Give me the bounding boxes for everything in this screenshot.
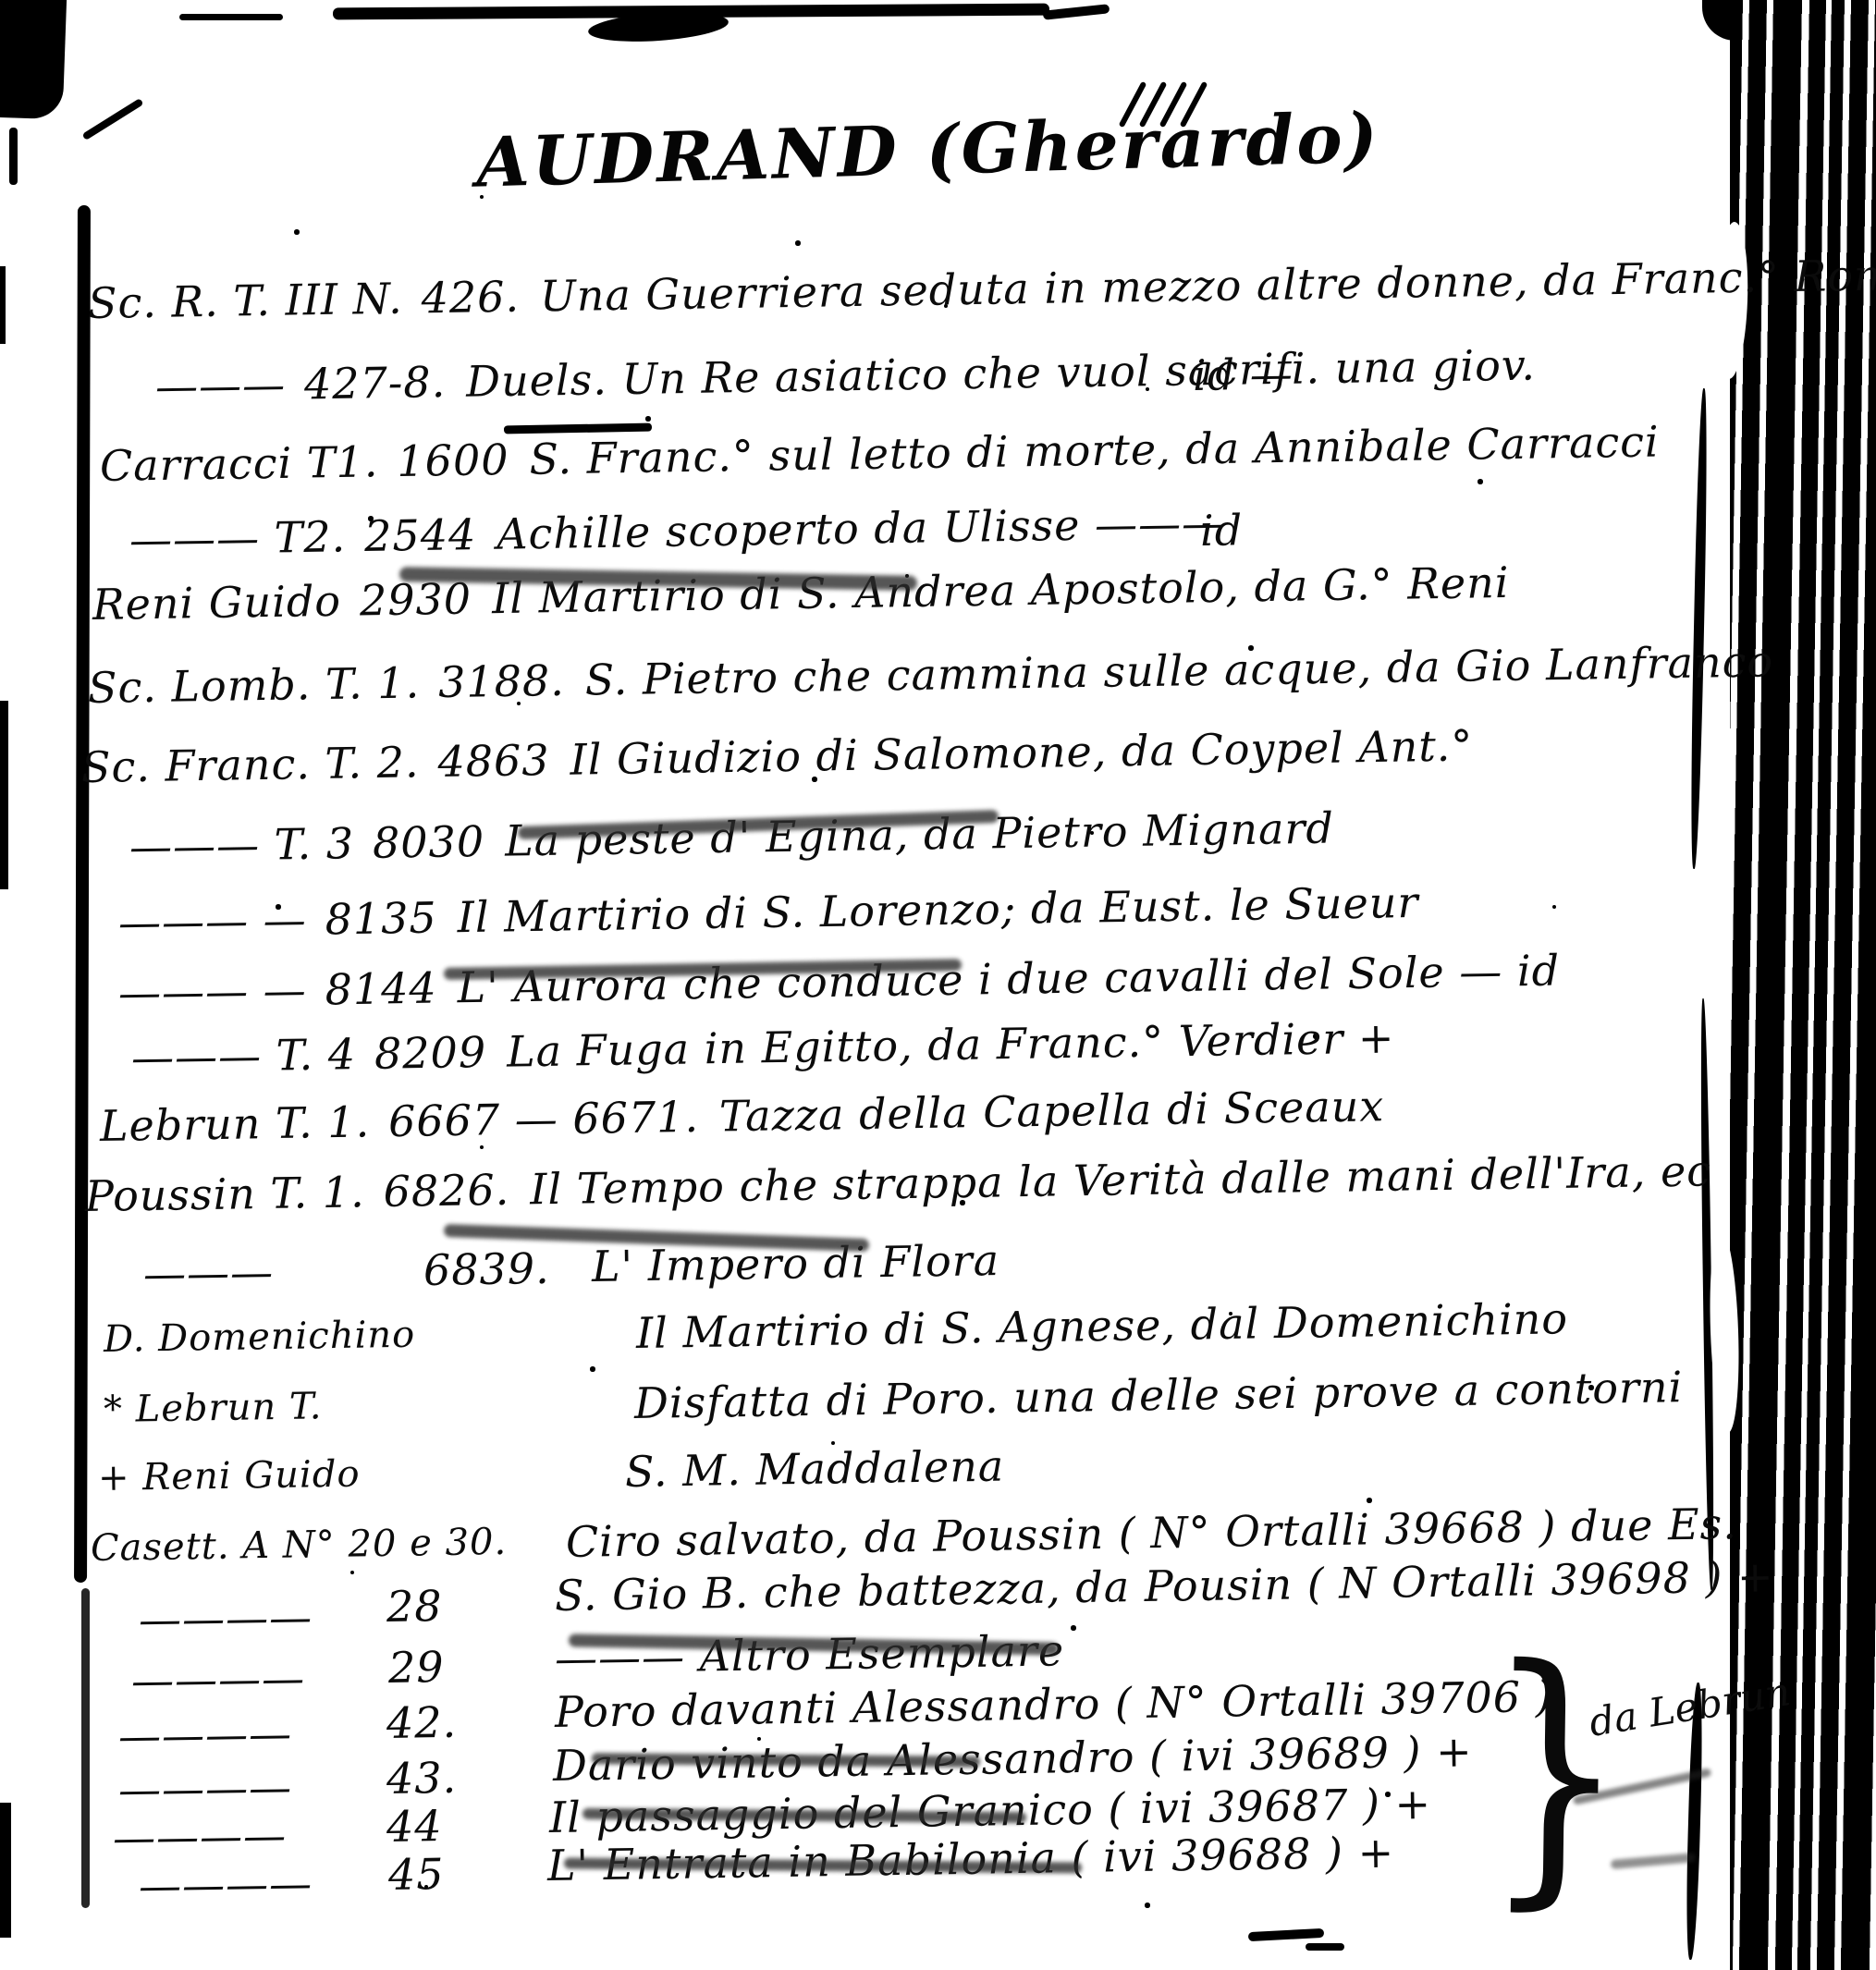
entry-description: Il Tempo che strappa la Verità dalle man… xyxy=(530,1145,1712,1214)
catalog-entry: ——— T. 38030La peste d' Egina, da Pietro… xyxy=(129,804,1335,872)
scan-noise-specks xyxy=(0,0,2,2)
entry-number: 3188. xyxy=(438,655,566,707)
scan-top-edge xyxy=(179,14,283,20)
entry-ditto-dash: ———— xyxy=(113,1811,288,1863)
grouping-brace: } xyxy=(1483,1633,1628,1913)
entry-number: 1600 xyxy=(397,434,509,486)
entry-ref: ——— — xyxy=(118,895,307,948)
entry-number: 43. xyxy=(386,1754,458,1804)
entry-description: Achille scoperto da Ulisse ——— xyxy=(497,497,1226,558)
entry-number: 4863 xyxy=(437,735,550,787)
scan-ink-mark xyxy=(1043,4,1110,19)
entry-ditto-dash: ———— xyxy=(118,1763,293,1815)
entry-number: 8030 xyxy=(373,816,485,868)
entry-number: 6667 — 6671. xyxy=(388,1092,700,1146)
entry-number: 45 xyxy=(388,1850,445,1900)
scan-ink-mark xyxy=(1306,1943,1344,1951)
entry-description: L' Aurora che conduce i due cavalli del … xyxy=(457,946,1560,1013)
entry-description: Il Giudizio di Salomone, da Coypel Ant.° xyxy=(570,720,1474,784)
entry-note: id — xyxy=(1193,349,1294,400)
catalog-entry: Carracci T1.1600S. Franc.° sul letto di … xyxy=(100,418,1660,491)
entry-description: S. Pietro che cammina sulle acque, da Gi… xyxy=(584,636,1773,704)
manuscript-page: AUDRAND (Gherardo) Sc. R. T. III N.426.U… xyxy=(0,0,1876,1970)
page-title: AUDRAND (Gherardo) xyxy=(475,104,1380,197)
entry-ref: Poussin T. 1. xyxy=(85,1167,365,1221)
catalog-entry: ———427-8.Duels. Un Re asiatico che vuol … xyxy=(155,341,1537,411)
entry-number: 8209 xyxy=(374,1027,487,1079)
entry-ref: ——— T2. xyxy=(129,511,347,565)
entry-ref: ——— xyxy=(155,360,287,411)
entry-ref: ——— xyxy=(143,1248,275,1299)
entry-number: 28 xyxy=(386,1582,443,1632)
entry-number: 8135 xyxy=(325,893,437,945)
catalog-entry: Sc. Franc. T. 2.4863Il Giudizio di Salom… xyxy=(81,721,1474,792)
entry-description: Duels. Un Re asiatico che vuol sacrifi. … xyxy=(466,340,1537,407)
page-fold-line xyxy=(74,205,91,1583)
entry-description: S. Franc.° sul letto di morte, da Anniba… xyxy=(529,417,1660,484)
catalog-entry: Sc. R. T. III N.426.Una Guerriera seduta… xyxy=(88,249,1876,328)
entry-description: Il Martirio di S. Lorenzo; da Eust. le S… xyxy=(457,877,1419,942)
entry-ditto-dash: ———— xyxy=(139,1859,313,1911)
catalog-entry: ——— —8144L' Aurora che conduce i due cav… xyxy=(118,947,1561,1018)
entry-ditto-dash: ———— xyxy=(118,1709,293,1761)
scan-ink-mark xyxy=(9,128,18,185)
entry-ref: Sc. Franc. T. 2. xyxy=(81,737,420,792)
entry-description: Una Guerriera seduta in mezzo altre donn… xyxy=(540,248,1876,321)
entry-ref: ——— — xyxy=(118,965,307,1018)
entry-ref: Casett. A N° 20 e 30. xyxy=(91,1521,508,1570)
book-edge-streak xyxy=(1689,388,1710,869)
catalog-entry: Lebrun T. 1.6667 — 6671.Tazza della Cape… xyxy=(100,1082,1385,1151)
entry-number: 427-8. xyxy=(304,357,447,409)
scan-left-edge xyxy=(0,266,6,344)
entry-number: 2544 xyxy=(364,509,477,561)
catalog-entry: Poussin T. 1.6826.Il Tempo che strappa l… xyxy=(85,1146,1712,1221)
entry-ref: Reni Guido xyxy=(92,576,342,630)
entry-ref: Lebrun T. 1. xyxy=(100,1096,371,1151)
catalog-entry: ——— —8135Il Martirio di S. Lorenzo; da E… xyxy=(118,878,1419,948)
entry-ref: * Lebrun T. xyxy=(104,1385,323,1431)
page-fold-line xyxy=(81,1588,90,1908)
scan-left-edge xyxy=(0,1803,11,1938)
entry-ref: D. Domenichino xyxy=(104,1314,416,1361)
catalog-entry: ——— T. 48209La Fuga in Egitto, da Franc.… xyxy=(131,1014,1395,1083)
scan-ink-mark xyxy=(1248,1928,1324,1941)
entry-number: 426. xyxy=(421,272,520,324)
entry-number: 6826. xyxy=(383,1165,510,1217)
scan-left-edge xyxy=(0,701,8,889)
entry-description: Disfatta di Poro. una delle sei prove a … xyxy=(634,1363,1684,1428)
entry-description: Il Martirio di S. Andrea Apostolo, da G.… xyxy=(492,557,1510,623)
entry-number: 8144 xyxy=(325,963,437,1015)
entry-ditto-dash: ———— xyxy=(139,1593,313,1645)
catalog-entry: ——— T2.2544Achille scoperto da Ulisse ——… xyxy=(129,498,1226,564)
catalog-entry: Sc. Lomb. T. 1.3188.S. Pietro che cammin… xyxy=(88,637,1774,713)
entry-description: S. M. Maddalena xyxy=(625,1442,1005,1497)
entry-description: Tazza della Capella di Sceaux xyxy=(719,1081,1385,1141)
entry-number: 44 xyxy=(386,1802,443,1852)
entry-description: La Fuga in Egitto, da Franc.° Verdier + xyxy=(507,1013,1395,1077)
entry-ref: Carracci T1. xyxy=(100,436,379,491)
scan-ink-mark xyxy=(82,98,144,141)
catalog-entry: Reni Guido2930Il Martirio di S. Andrea A… xyxy=(92,558,1510,630)
entry-ref: ——— T. 4 xyxy=(131,1029,357,1083)
entry-ref: + Reni Guido xyxy=(98,1453,361,1499)
entry-ditto-dash: ———— xyxy=(131,1654,306,1706)
entry-ref: ——— T. 3 xyxy=(129,818,355,872)
entry-number: 29 xyxy=(388,1643,445,1693)
entry-number: 42. xyxy=(386,1698,458,1748)
scan-corner-blot xyxy=(0,0,67,119)
entry-description: Il Martirio di S. Agnese, dal Domenichin… xyxy=(636,1294,1569,1358)
entry-note: id xyxy=(1200,506,1244,556)
entry-ref: Sc. Lomb. T. 1. xyxy=(88,657,421,713)
entry-ref: Sc. R. T. III N. xyxy=(88,274,403,328)
entry-number: 6839. xyxy=(423,1244,551,1295)
